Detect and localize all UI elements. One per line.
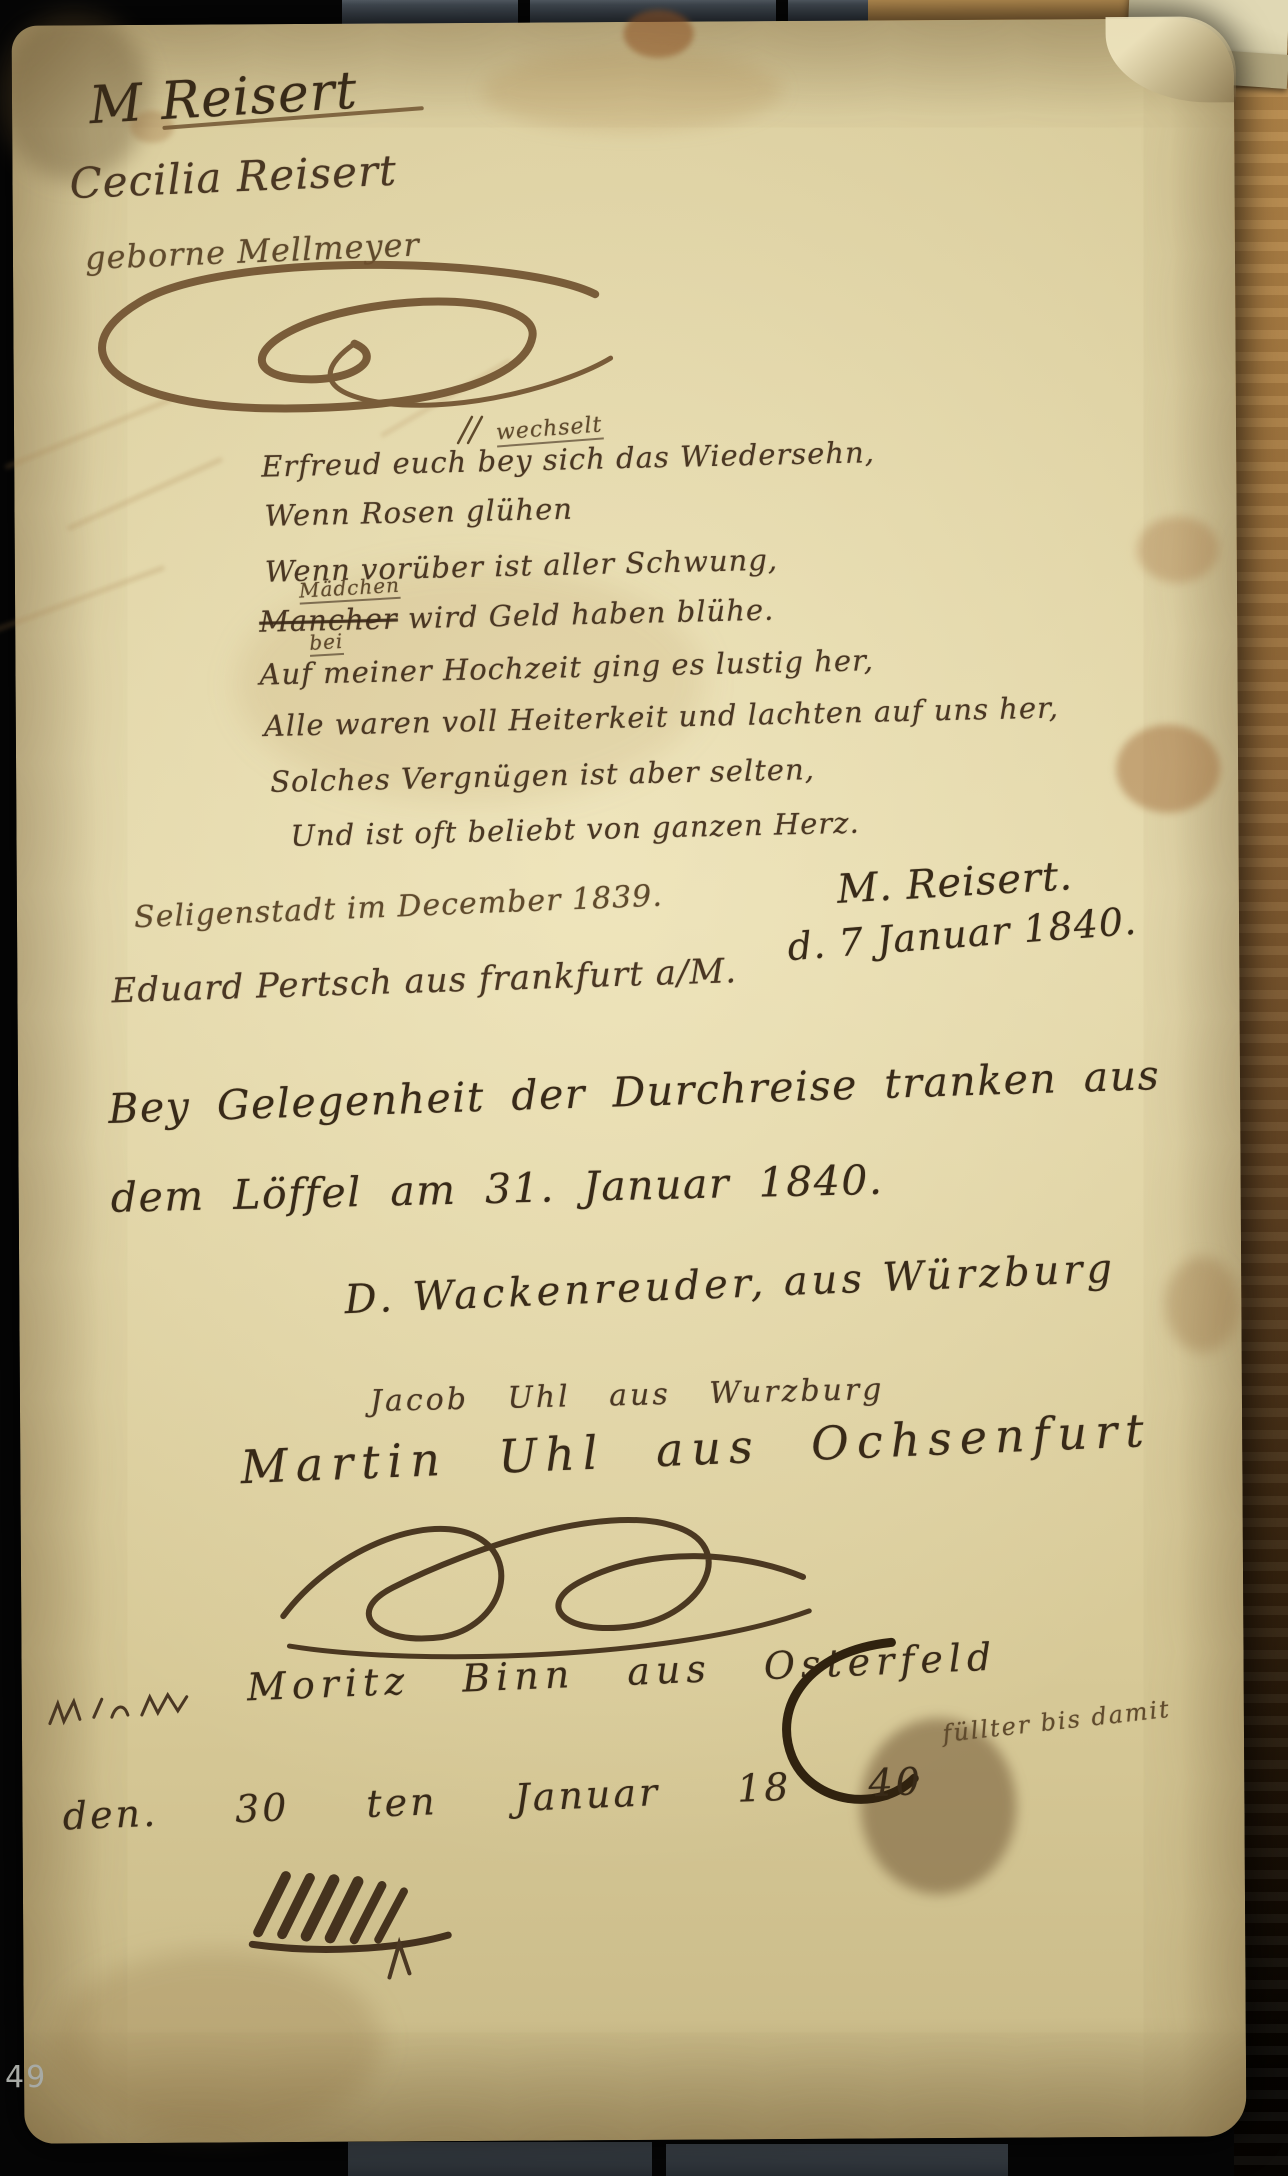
photograph-of-album-page: M Reisert Cecilia Reisert geborne Mellme… — [0, 0, 1288, 2176]
insertion-slash-marks — [454, 415, 488, 445]
jacob-uhl-signature: Jacob Uhl aus Wurzburg — [370, 1372, 885, 1419]
poem-line: Erfreud euch bey sich das Wiedersehn, — [261, 435, 875, 483]
poem-line: Wenn Rosen glühen — [264, 492, 573, 533]
binn-note: füllter bis damit — [941, 1695, 1172, 1748]
durchreise-line-1: Bey Gelegenheit der Durchreise tranken a… — [108, 1051, 1161, 1133]
poem-line-rest: wird Geld haben blühe. — [408, 593, 775, 636]
paper-stain — [482, 49, 782, 133]
poem-line: Und ist oft beliebt von ganzen Herz. — [290, 806, 860, 853]
album-page: M Reisert Cecilia Reisert geborne Mellme… — [12, 18, 1247, 2143]
durchreise-line-2: dem Löffel am 31. Januar 1840. — [110, 1156, 884, 1222]
ceramic-tile — [348, 2142, 652, 2176]
page-number: 49 — [5, 2060, 47, 2095]
binn-entry-line-2: den. 30 ten Januar 18 40 — [62, 1759, 924, 1838]
ink-bleed-mark — [0, 565, 165, 636]
pen-flourish-top — [50, 262, 631, 436]
ceramic-tile — [666, 2144, 1008, 2176]
paper-stain — [1116, 724, 1221, 813]
small-pen-mark — [381, 1939, 417, 1981]
page-corner-curl — [1106, 16, 1237, 103]
ink-bleed-mark — [66, 457, 223, 532]
reisert-signature: M. Reisert. — [836, 853, 1074, 913]
paper-stain — [1165, 1256, 1240, 1352]
paper-stain — [51, 1950, 382, 2136]
place-date-line: Seligenstadt im December 1839. — [133, 879, 663, 936]
wackenreuder-signature: D. Wackenreuder, aus Würzburg — [344, 1246, 1117, 1324]
poem-inserted-word: bei — [309, 629, 345, 657]
pertsch-entry: Eduard Pertsch aus frankfurt a/M. — [111, 951, 738, 1011]
paper-stain — [1137, 516, 1219, 582]
ink-blot-scribble — [248, 1855, 484, 1961]
margin-scribble — [46, 1687, 191, 1736]
